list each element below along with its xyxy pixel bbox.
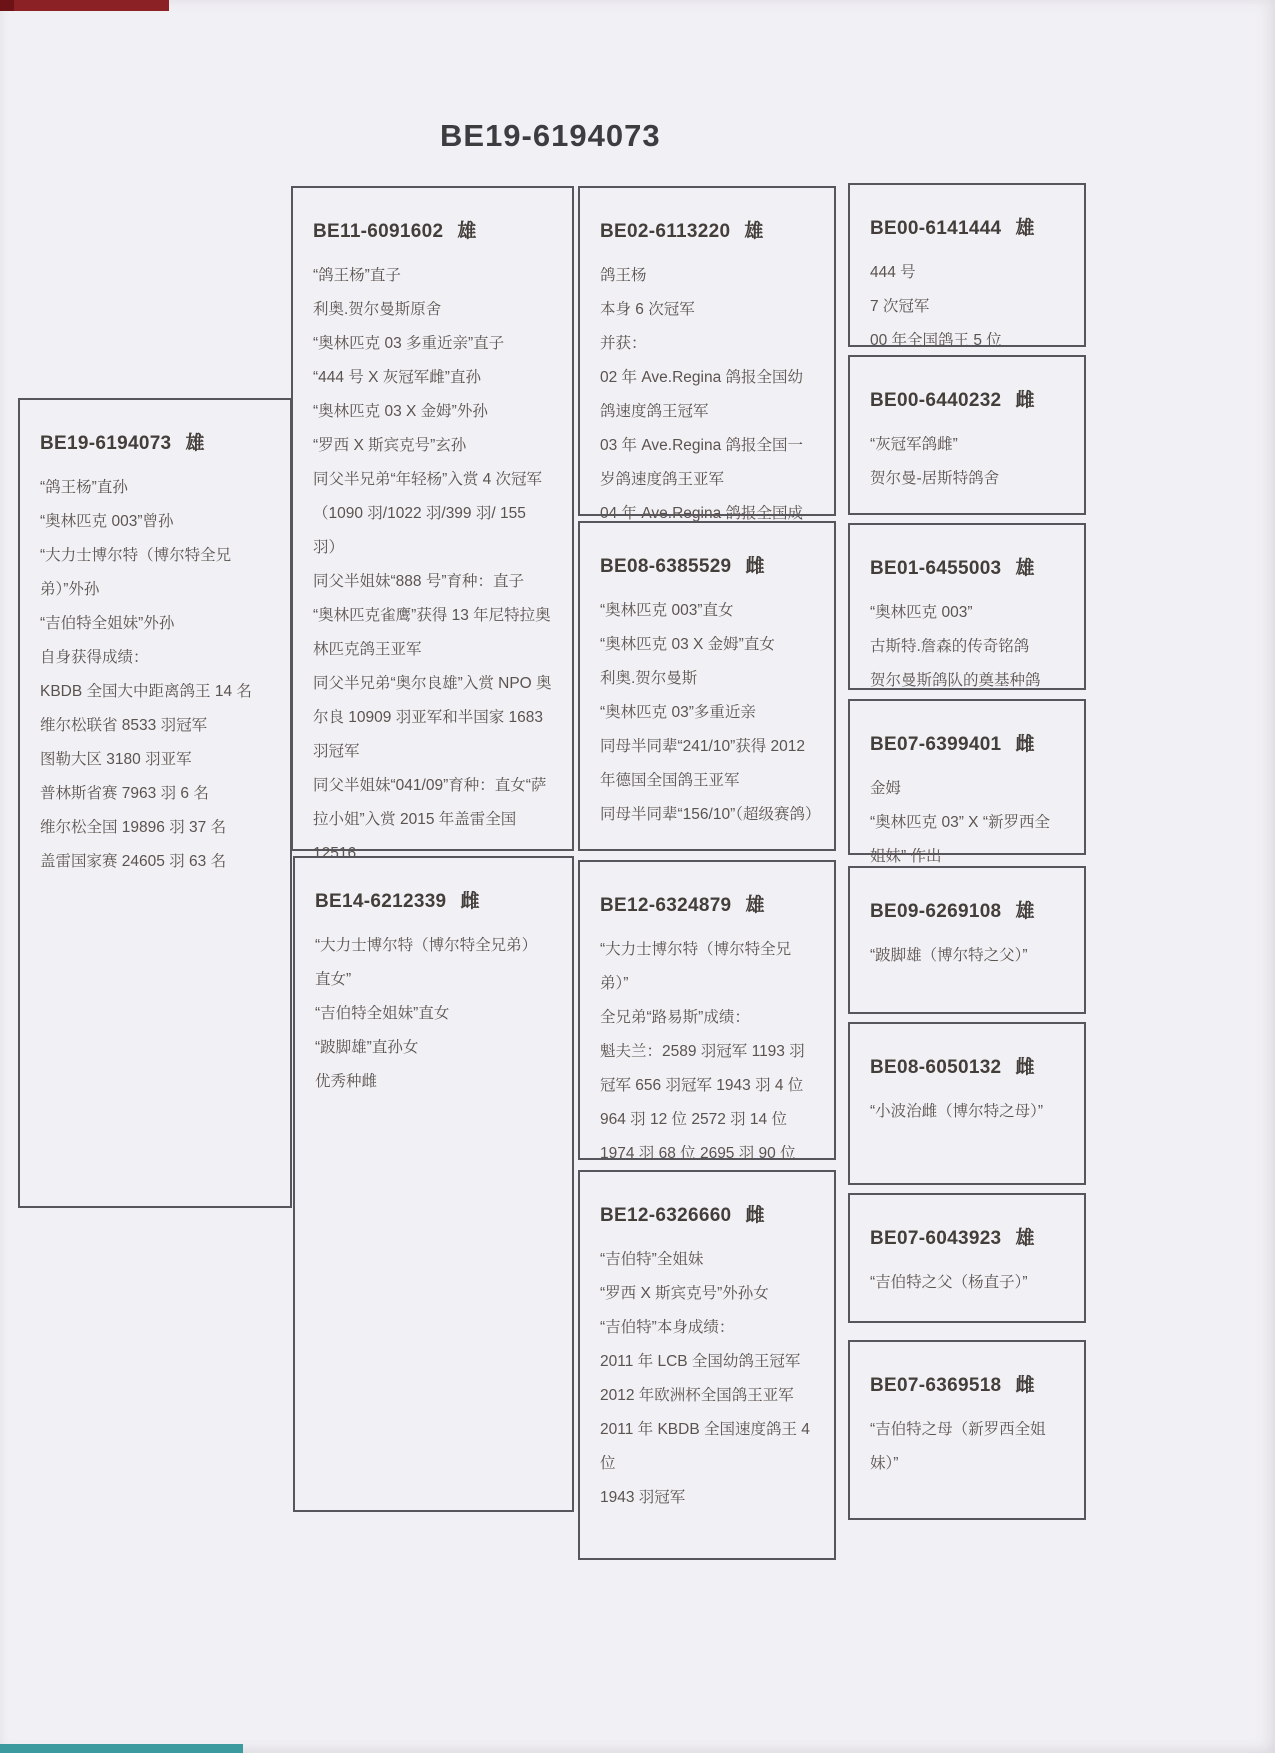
pedigree-lines: “大力士博尔特（博尔特全兄弟）”全兄弟“路易斯”成绩：魁夫兰：2589 羽冠军 … (600, 933, 814, 1171)
pedigree-line: “奥林匹克 003” (870, 596, 1064, 630)
pedigree-line: “大力士博尔特（博尔特全兄弟）直女” (315, 929, 552, 997)
pedigree-line: “吉伯特之父（杨直子）” (870, 1266, 1064, 1300)
pedigree-lines: “鸽王杨”直子利奥.贺尔曼斯原舍“奥林匹克 03 多重近亲”直子“444 号 X… (313, 259, 552, 871)
ring-number-header: BE08-6385529雌 (600, 551, 814, 578)
ring-number-header: BE07-6043923雄 (870, 1223, 1064, 1250)
pedigree-line: 盖雷国家赛 24605 羽 63 名 (40, 845, 270, 879)
pedigree-line: “奥林匹克雀鹰”获得 13 年尼特拉奥林匹克鸽王亚军 (313, 599, 552, 667)
pedigree-line: 00 年全国鸽王 5 位 (870, 324, 1064, 358)
pedigree-line: 优秀种雌 (315, 1065, 552, 1099)
ring-number: BE14-6212339 (315, 891, 446, 912)
pedigree-lines: “大力士博尔特（博尔特全兄弟）直女”“吉伯特全姐妹”直女“跛脚雄”直孙女优秀种雌 (315, 929, 552, 1099)
pedigree-box-be00-6440232: BE00-6440232雌 “灰冠军鸽雌”贺尔曼-居斯特鸽舍 (848, 355, 1086, 515)
pedigree-line: 魁夫兰：2589 羽冠军 1193 羽冠军 656 羽冠军 1943 羽 4 位… (600, 1035, 814, 1171)
sex-label: 雄 (745, 895, 764, 916)
pedigree-line: “灰冠军鸽雌” (870, 428, 1064, 462)
pedigree-box-be02-6113220: BE02-6113220雄 鸽王杨本身 6 次冠军并获：02 年 Ave.Reg… (578, 186, 836, 516)
sex-label: 雌 (1015, 734, 1034, 755)
scan-edge-strip-bottom (0, 1744, 243, 1753)
sex-label: 雌 (745, 556, 764, 577)
pedigree-lines: “奥林匹克 003”古斯特.詹森的传奇铭鸽贺尔曼斯鸽队的奠基种鸽 (870, 596, 1064, 698)
pedigree-box-be07-6369518: BE07-6369518雌 “吉伯特之母（新罗西全姐妹）” (848, 1340, 1086, 1520)
pedigree-line: “大力士博尔特（博尔特全兄弟）”外孙 (40, 539, 270, 607)
sex-label: 雄 (457, 221, 476, 242)
pedigree-line: “小波治雌（博尔特之母）” (870, 1095, 1064, 1129)
sex-label: 雌 (1015, 390, 1034, 411)
pedigree-lines: 鸽王杨本身 6 次冠军并获：02 年 Ave.Regina 鸽报全国幼鸽速度鸽王… (600, 259, 814, 565)
ring-number-header: BE08-6050132雌 (870, 1052, 1064, 1079)
ring-number: BE02-6113220 (600, 221, 730, 242)
scan-edge-strip-top (0, 0, 169, 11)
ring-number-header: BE00-6440232雌 (870, 385, 1064, 412)
pedigree-line: 维尔松全国 19896 羽 37 名 (40, 811, 270, 845)
pedigree-lines: “吉伯特之父（杨直子）” (870, 1266, 1064, 1300)
ring-number-header: BE11-6091602雄 (313, 216, 552, 243)
pedigree-box-be08-6385529: BE08-6385529雌 “奥林匹克 003”直女“奥林匹克 03 X 金姆”… (578, 521, 836, 851)
ring-number: BE08-6385529 (600, 556, 731, 577)
pedigree-lines: 金姆“奥林匹克 03” X “新罗西全姐妹” 作出 (870, 772, 1064, 874)
pedigree-line: “吉伯特全姐妹”直女 (315, 997, 552, 1031)
sex-label: 雌 (460, 891, 479, 912)
pedigree-line: 图勒大区 3180 羽亚军 (40, 743, 270, 777)
pedigree-line: “吉伯特全姐妹”外孙 (40, 607, 270, 641)
ring-number-header: BE12-6326660雌 (600, 1200, 814, 1227)
pedigree-line: 古斯特.詹森的传奇铭鸽 (870, 630, 1064, 664)
sex-label: 雄 (1015, 1228, 1034, 1249)
pedigree-line: “鸽王杨”直孙 (40, 471, 270, 505)
ring-number: BE19-6194073 (40, 433, 171, 454)
pedigree-line: “跛脚雄”直孙女 (315, 1031, 552, 1065)
pedigree-line: KBDB 全国大中距离鸽王 14 名 (40, 675, 270, 709)
ring-number-header: BE12-6324879雄 (600, 890, 814, 917)
pedigree-line: “大力士博尔特（博尔特全兄弟）” (600, 933, 814, 1001)
ring-number: BE07-6369518 (870, 1375, 1001, 1396)
pedigree-line: “奥林匹克 03”多重近亲 (600, 696, 814, 730)
pedigree-box-be00-6141444: BE00-6141444雄 444 号7 次冠军00 年全国鸽王 5 位 (848, 183, 1086, 347)
pedigree-lines: “奥林匹克 003”直女“奥林匹克 03 X 金姆”直女利奥.贺尔曼斯“奥林匹克… (600, 594, 814, 832)
ring-number-header: BE14-6212339雌 (315, 886, 552, 913)
ring-number-header: BE00-6141444雄 (870, 213, 1064, 240)
pedigree-box-be08-6050132: BE08-6050132雌 “小波治雌（博尔特之母）” (848, 1022, 1086, 1185)
ring-number-header: BE02-6113220雄 (600, 216, 814, 243)
pedigree-lines: “鸽王杨”直孙“奥林匹克 003”曾孙“大力士博尔特（博尔特全兄弟）”外孙“吉伯… (40, 471, 270, 879)
pedigree-line: 444 号 (870, 256, 1064, 290)
pedigree-line: 维尔松联省 8533 羽冠军 (40, 709, 270, 743)
pedigree-line: “吉伯特”本身成绩： (600, 1311, 814, 1345)
ring-number: BE07-6399401 (870, 734, 1001, 755)
pedigree-box-be07-6399401: BE07-6399401雌 金姆“奥林匹克 03” X “新罗西全姐妹” 作出 (848, 699, 1086, 855)
pedigree-line: “吉伯特之母（新罗西全姐妹）” (870, 1413, 1064, 1481)
pedigree-line: 自身获得成绩： (40, 641, 270, 675)
pedigree-box-be01-6455003: BE01-6455003雄 “奥林匹克 003”古斯特.詹森的传奇铭鸽贺尔曼斯鸽… (848, 523, 1086, 690)
ring-number-header: BE01-6455003雄 (870, 553, 1064, 580)
pedigree-box-sire-be11-6091602: BE11-6091602雄 “鸽王杨”直子利奥.贺尔曼斯原舍“奥林匹克 03 多… (291, 186, 574, 851)
sex-label: 雄 (1015, 558, 1034, 579)
pedigree-line: 利奥.贺尔曼斯 (600, 662, 814, 696)
ring-number: BE01-6455003 (870, 558, 1001, 579)
pedigree-line: 同母半同辈“156/10”（超级赛鸽） (600, 798, 814, 832)
pedigree-line: 鸽王杨 (600, 259, 814, 293)
pedigree-line: 2011 年 LCB 全国幼鸽王冠军 (600, 1345, 814, 1379)
sex-label: 雄 (744, 221, 763, 242)
pedigree-line: “444 号 X 灰冠军雌”直孙 (313, 361, 552, 395)
pedigree-box-be07-6043923: BE07-6043923雄 “吉伯特之父（杨直子）” (848, 1193, 1086, 1323)
pedigree-line: 7 次冠军 (870, 290, 1064, 324)
ring-number: BE09-6269108 (870, 901, 1001, 922)
pedigree-line: “跛脚雄（博尔特之父）” (870, 939, 1064, 973)
ring-number: BE00-6141444 (870, 218, 1001, 239)
pedigree-line: 普林斯省赛 7963 羽 6 名 (40, 777, 270, 811)
ring-number: BE12-6326660 (600, 1205, 731, 1226)
pedigree-line: 贺尔曼-居斯特鸽舍 (870, 462, 1064, 496)
pedigree-line: 2012 年欧洲杯全国鸽王亚军 (600, 1379, 814, 1413)
pedigree-line: “罗西 X 斯宾克号”玄孙 (313, 429, 552, 463)
pedigree-line: 金姆 (870, 772, 1064, 806)
sex-label: 雌 (1015, 1375, 1034, 1396)
pedigree-line: “奥林匹克 03” X “新罗西全姐妹” 作出 (870, 806, 1064, 874)
pedigree-line: 贺尔曼斯鸽队的奠基种鸽 (870, 664, 1064, 698)
pedigree-lines: “吉伯特”全姐妹“罗西 X 斯宾克号”外孙女“吉伯特”本身成绩：2011 年 L… (600, 1243, 814, 1515)
pedigree-line: 并获： (600, 327, 814, 361)
pedigree-line: “奥林匹克 003”曾孙 (40, 505, 270, 539)
pedigree-lines: 444 号7 次冠军00 年全国鸽王 5 位 (870, 256, 1064, 358)
pedigree-line: 全兄弟“路易斯”成绩： (600, 1001, 814, 1035)
pedigree-line: 2011 年 KBDB 全国速度鸽王 4 位 (600, 1413, 814, 1481)
sex-label: 雄 (1015, 901, 1034, 922)
pedigree-line: 同父半兄弟“奥尔良雄”入赏 NPO 奥尔良 10909 羽亚军和半国家 1683… (313, 667, 552, 769)
pedigree-document: BE19-6194073 BE19-6194073雄 “鸽王杨”直孙“奥林匹克 … (0, 0, 1275, 1753)
ring-number-header: BE07-6399401雌 (870, 729, 1064, 756)
pedigree-box-be12-6326660: BE12-6326660雌 “吉伯特”全姐妹“罗西 X 斯宾克号”外孙女“吉伯特… (578, 1170, 836, 1560)
ring-number: BE12-6324879 (600, 895, 731, 916)
pedigree-line: “奥林匹克 03 X 金姆”直女 (600, 628, 814, 662)
pedigree-line: “鸽王杨”直子 (313, 259, 552, 293)
pedigree-line: 03 年 Ave.Regina 鸽报全国一岁鸽速度鸽王亚军 (600, 429, 814, 497)
ring-number: BE00-6440232 (870, 390, 1001, 411)
ring-number-header: BE09-6269108雄 (870, 896, 1064, 923)
pedigree-box-be09-6269108: BE09-6269108雄 “跛脚雄（博尔特之父）” (848, 866, 1086, 1014)
pedigree-box-be12-6324879: BE12-6324879雄 “大力士博尔特（博尔特全兄弟）”全兄弟“路易斯”成绩… (578, 860, 836, 1160)
sex-label: 雌 (745, 1205, 764, 1226)
sex-label: 雄 (185, 433, 204, 454)
ring-number: BE07-6043923 (870, 1228, 1001, 1249)
ring-number: BE11-6091602 (313, 221, 443, 242)
pedigree-lines: “灰冠军鸽雌”贺尔曼-居斯特鸽舍 (870, 428, 1064, 496)
sex-label: 雌 (1015, 1057, 1034, 1078)
pedigree-line: “奥林匹克 003”直女 (600, 594, 814, 628)
pedigree-line: 同父半姐妹“888 号”育种：直子 (313, 565, 552, 599)
pedigree-line: “奥林匹克 03 多重近亲”直子 (313, 327, 552, 361)
pedigree-box-subject-be19-6194073: BE19-6194073雄 “鸽王杨”直孙“奥林匹克 003”曾孙“大力士博尔特… (18, 398, 292, 1208)
pedigree-line: 1943 羽冠军 (600, 1481, 814, 1515)
pedigree-line: “奥林匹克 03 X 金姆”外孙 (313, 395, 552, 429)
pedigree-lines: “跛脚雄（博尔特之父）” (870, 939, 1064, 973)
pedigree-lines: “小波治雌（博尔特之母）” (870, 1095, 1064, 1129)
page-title: BE19-6194073 (440, 118, 670, 154)
pedigree-lines: “吉伯特之母（新罗西全姐妹）” (870, 1413, 1064, 1481)
pedigree-line: “罗西 X 斯宾克号”外孙女 (600, 1277, 814, 1311)
ring-number: BE08-6050132 (870, 1057, 1001, 1078)
pedigree-line: 02 年 Ave.Regina 鸽报全国幼鸽速度鸽王冠军 (600, 361, 814, 429)
sex-label: 雄 (1015, 218, 1034, 239)
pedigree-box-dam-be14-6212339: BE14-6212339雌 “大力士博尔特（博尔特全兄弟）直女”“吉伯特全姐妹”… (293, 856, 574, 1512)
pedigree-line: 同母半同辈“241/10”获得 2012 年德国全国鸽王亚军 (600, 730, 814, 798)
pedigree-line: “吉伯特”全姐妹 (600, 1243, 814, 1277)
pedigree-line: 同父半兄弟“年轻杨”入赏 4 次冠军（1090 羽/1022 羽/399 羽/ … (313, 463, 552, 565)
ring-number-header: BE19-6194073雄 (40, 428, 270, 455)
ring-number-header: BE07-6369518雌 (870, 1370, 1064, 1397)
pedigree-line: 利奥.贺尔曼斯原舍 (313, 293, 552, 327)
pedigree-line: 本身 6 次冠军 (600, 293, 814, 327)
